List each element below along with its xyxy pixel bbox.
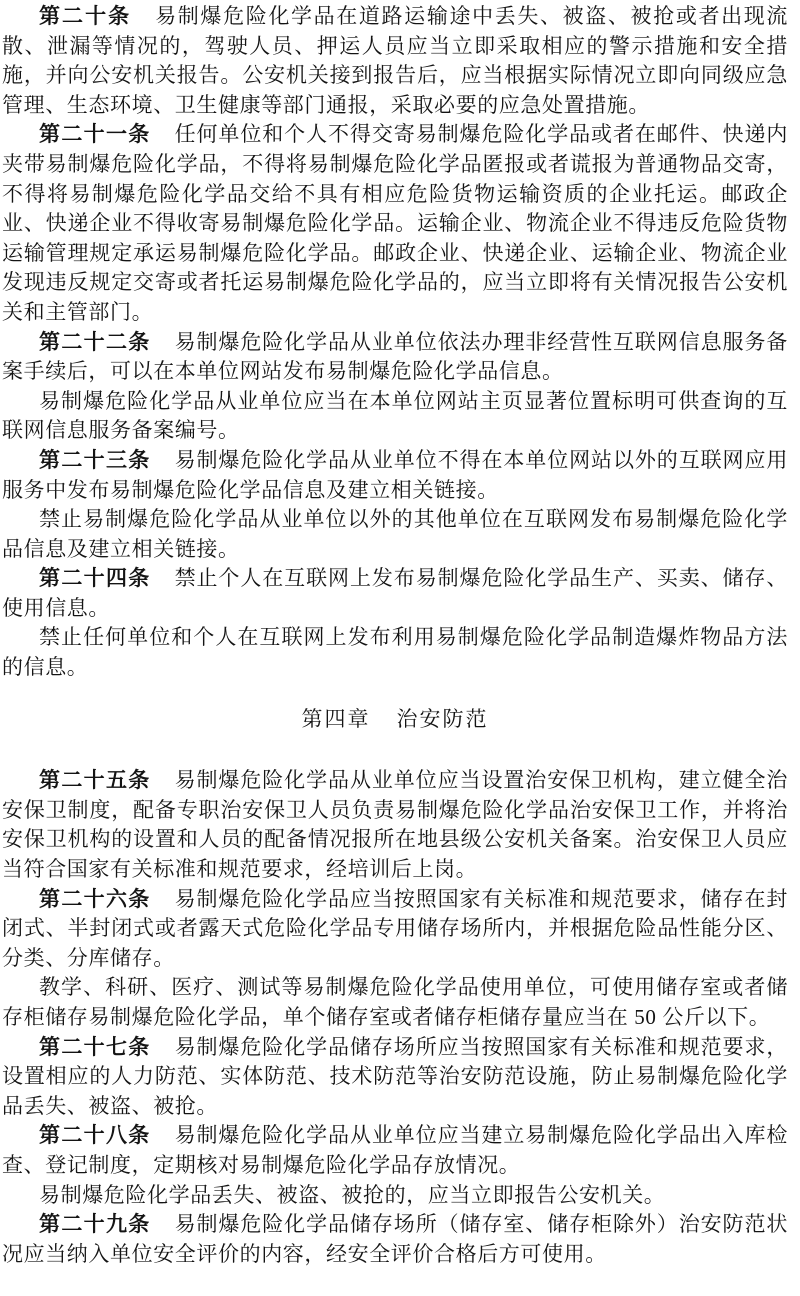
article-number: 第二十五条 <box>39 769 151 792</box>
paragraph-text: 禁止任何单位和个人在互联网上发布利用易制爆危险化学品制造爆炸物品方法的信息。 <box>2 625 788 679</box>
article-number: 第二十条 <box>39 5 131 28</box>
article-paragraph-24-continuation: 禁止任何单位和个人在互联网上发布利用易制爆危险化学品制造爆炸物品方法的信息。 <box>2 623 788 682</box>
article-paragraph-25: 第二十五条易制爆危险化学品从业单位应当设置治安保卫机构，建立健全治安保卫制度，配… <box>2 766 788 884</box>
article-number: 第二十一条 <box>39 123 151 146</box>
article-number: 第二十六条 <box>39 888 151 911</box>
article-number: 第二十二条 <box>39 331 151 354</box>
article-paragraph-26-continuation: 教学、科研、医疗、测试等易制爆危险化学品使用单位，可使用储存室或者储存柜储存易制… <box>2 973 788 1032</box>
article-paragraph-27: 第二十七条易制爆危险化学品储存场所应当按照国家有关标准和规范要求，设置相应的人力… <box>2 1033 788 1122</box>
paragraph-text: 易制爆危险化学品丢失、被盗、被抢的，应当立即报告公安机关。 <box>39 1183 665 1207</box>
article-paragraph-26: 第二十六条易制爆危险化学品应当按照国家有关标准和规范要求，储存在封闭式、半封闭式… <box>2 885 788 974</box>
article-number: 第二十九条 <box>39 1213 151 1236</box>
article-number: 第二十三条 <box>39 449 151 472</box>
article-paragraph-28: 第二十八条易制爆危险化学品从业单位应当建立易制爆危险化学品出入库检查、登记制度，… <box>2 1121 788 1180</box>
article-paragraph-22-continuation: 易制爆危险化学品从业单位应当在本单位网站主页显著位置标明可供查询的互联网信息服务… <box>2 387 788 446</box>
paragraph-text: 禁止易制爆危险化学品从业单位以外的其他单位在互联网发布易制爆危险化学品信息及建立… <box>2 507 788 561</box>
article-paragraph-21: 第二十一条任何单位和个人不得交寄易制爆危险化学品或者在邮件、快递内夹带易制爆危险… <box>2 120 788 327</box>
article-paragraph-22: 第二十二条易制爆危险化学品从业单位依法办理非经营性互联网信息服务备案手续后，可以… <box>2 328 788 387</box>
article-paragraph-20: 第二十条易制爆危险化学品在道路运输途中丢失、被盗、被抢或者出现流散、泄漏等情况的… <box>2 2 788 120</box>
chapter-number: 第四章 <box>302 707 371 731</box>
article-number: 第二十七条 <box>39 1036 151 1059</box>
article-number: 第二十八条 <box>39 1124 151 1147</box>
article-number: 第二十四条 <box>39 567 151 590</box>
paragraph-text: 教学、科研、医疗、测试等易制爆危险化学品使用单位，可使用储存室或者储存柜储存易制… <box>2 975 788 1029</box>
paragraph-text: 易制爆危险化学品从业单位应当在本单位网站主页显著位置标明可供查询的互联网信息服务… <box>2 389 788 443</box>
document-page: 第二十条易制爆危险化学品在道路运输途中丢失、被盗、被抢或者出现流散、泄漏等情况的… <box>0 0 800 1296</box>
article-paragraph-29: 第二十九条易制爆危险化学品储存场所（储存室、储存柜除外）治安防范状况应当纳入单位… <box>2 1210 788 1269</box>
chapter-heading: 第四章治安防范 <box>2 705 788 735</box>
article-paragraph-23-continuation: 禁止易制爆危险化学品从业单位以外的其他单位在互联网发布易制爆危险化学品信息及建立… <box>2 505 788 564</box>
paragraph-text: 任何单位和个人不得交寄易制爆危险化学品或者在邮件、快递内夹带易制爆危险化学品，不… <box>2 122 788 324</box>
article-paragraph-28-continuation: 易制爆危险化学品丢失、被盗、被抢的，应当立即报告公安机关。 <box>2 1181 788 1211</box>
article-paragraph-24: 第二十四条禁止个人在互联网上发布易制爆危险化学品生产、买卖、储存、使用信息。 <box>2 564 788 623</box>
chapter-title: 治安防范 <box>397 707 489 731</box>
article-paragraph-23: 第二十三条易制爆危险化学品从业单位不得在本单位网站以外的互联网应用服务中发布易制… <box>2 446 788 505</box>
